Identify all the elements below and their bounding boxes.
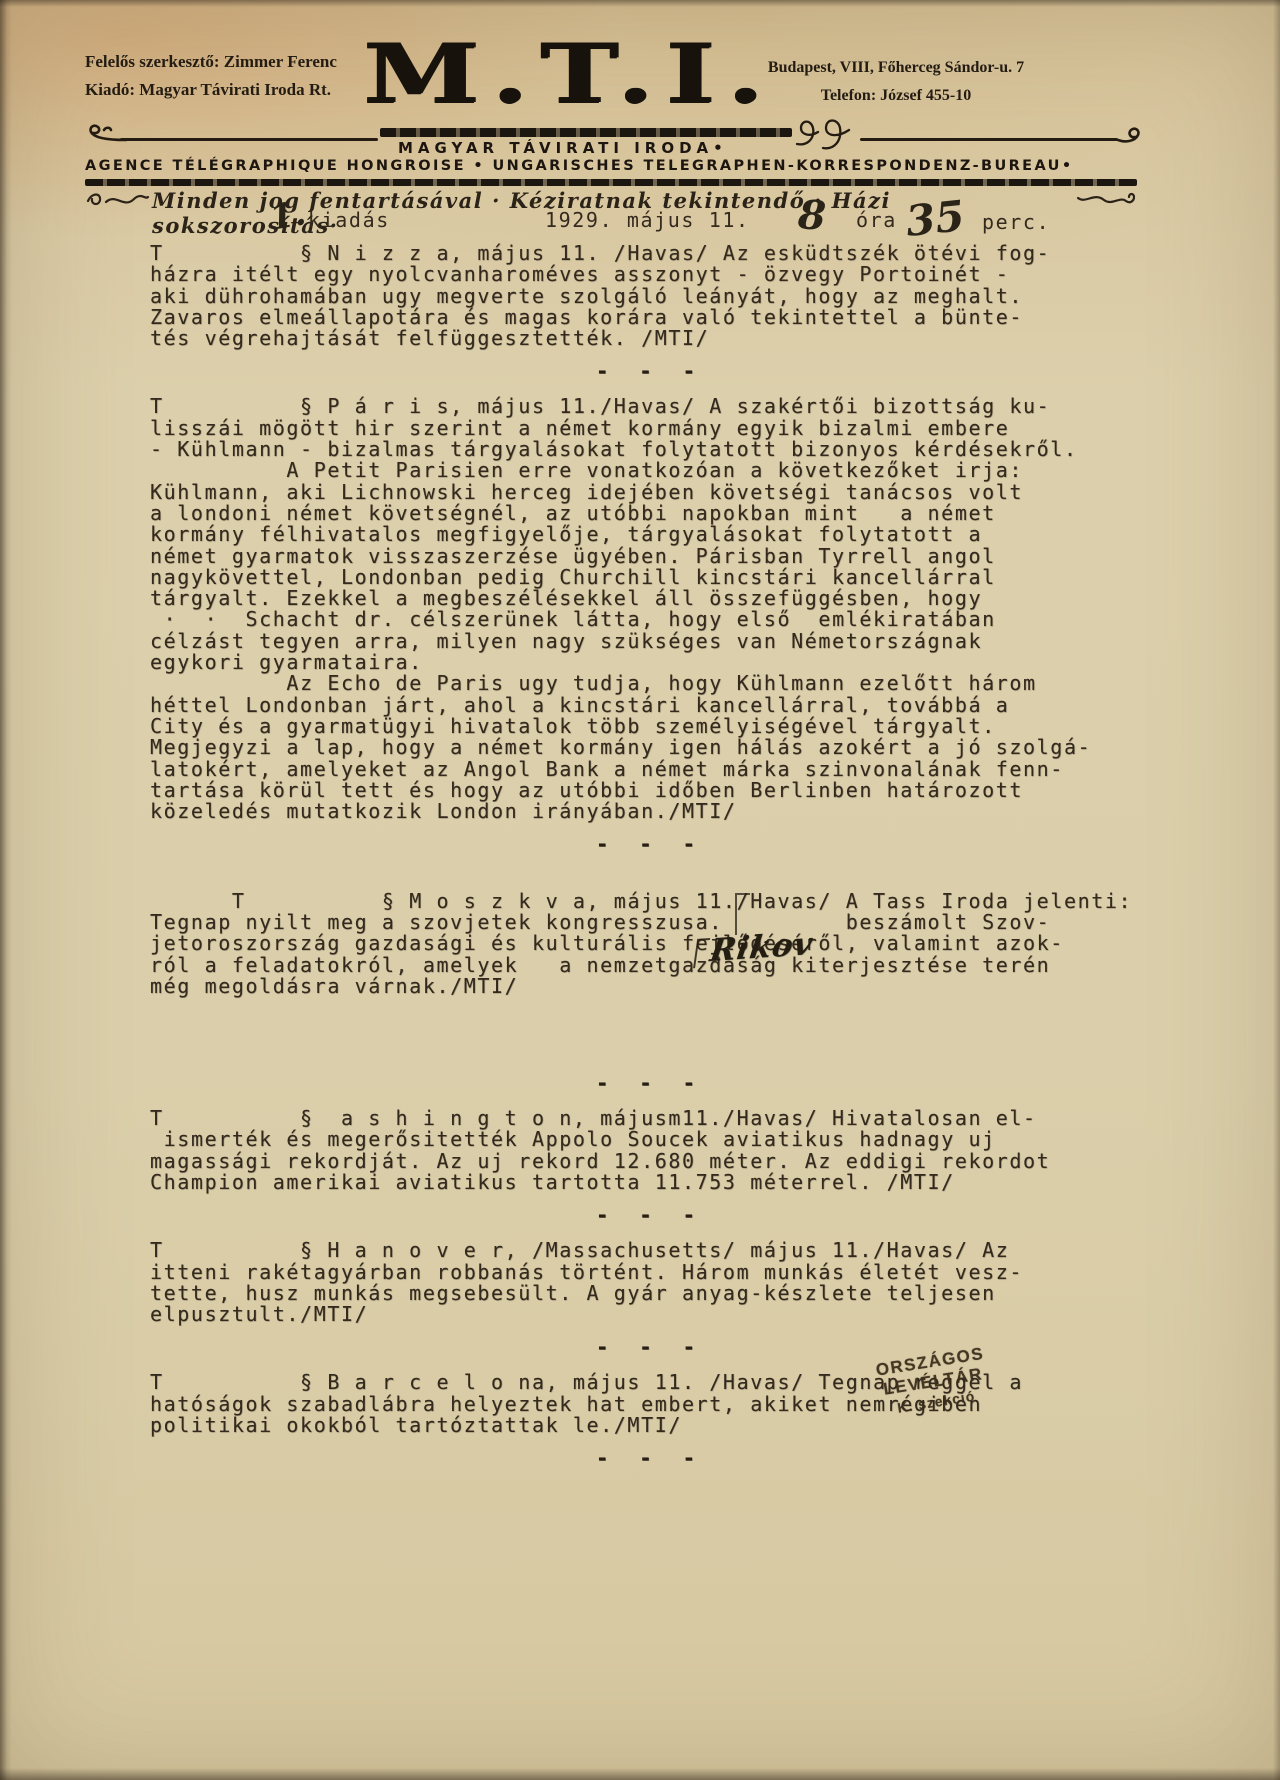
article-paris: T § P á r i s, május 11./Havas/ A szakér… [150, 396, 1150, 822]
letterhead-left: Felelős szerkesztő: Zimmer Ferenc Kiadó:… [85, 48, 337, 104]
article-washington: T § a s h i n g t o n, májusm11./Havas/ … [150, 1108, 1150, 1193]
spiral-ornament-right [1116, 126, 1144, 150]
article-column: T § N i z z a, május 11. /Havas/ Az eskü… [150, 243, 1150, 1483]
hour-label: óra [856, 208, 897, 232]
scan-edge-top [0, 0, 1280, 7]
dateline: 1. kiadás 1929. május 11. 8 óra 35 perc. [150, 200, 1150, 246]
article-hanover: T § H a n o v e r, /Massachusetts/ május… [150, 1240, 1150, 1325]
section-separator: - - - [150, 1071, 1150, 1095]
section-separator: - - - [150, 359, 1150, 383]
banner-rule-right [860, 138, 1118, 141]
agency-name-international: AGENCE TÉLÉGRAPHIQUE HONGROISE • UNGARIS… [85, 158, 1145, 174]
edition-number-handwritten: 1. [267, 193, 309, 239]
phone-line: Telefon: József 455-10 [746, 82, 1046, 110]
document-page: Felelős szerkesztő: Zimmer Ferenc Kiadó:… [0, 0, 1280, 1780]
insertion-bracket-mark [735, 893, 750, 935]
agency-name-hungarian: MAGYAR TÁVIRATI IRODA• [398, 139, 728, 157]
section-separator: - - - [150, 832, 1150, 856]
minute-label: perc. [982, 210, 1050, 234]
article-moszkva-text: T § M o s z k v a, május 11./Havas/ A Ta… [150, 889, 1132, 998]
article-moszkva: T § M o s z k v a, május 11./Havas/ A Ta… [150, 869, 1150, 1061]
section-separator: - - - [150, 1203, 1150, 1227]
letterhead-right: Budapest, VIII, Főherceg Sándor-u. 7 Tel… [746, 54, 1046, 110]
scan-edge-right [1273, 0, 1280, 1780]
scan-edge-bottom [0, 1768, 1280, 1780]
editor-line: Felelős szerkesztő: Zimmer Ferenc [85, 48, 337, 76]
mti-logo: M.T.I. [336, 26, 802, 122]
address-line: Budapest, VIII, Főherceg Sándor-u. 7 [746, 54, 1046, 82]
edition-label: kiadás [308, 208, 390, 232]
banner-rule-left [120, 138, 378, 141]
publisher-line: Kiadó: Magyar Távirati Iroda Rt. [85, 76, 337, 104]
scroll-ornament-middle [793, 116, 855, 152]
scan-edge-left [0, 0, 12, 1780]
hour-handwritten: 8 [797, 191, 827, 239]
scroll-ornament-left [84, 122, 128, 146]
issue-date: 1929. május 11. [545, 208, 750, 232]
banner-bar-bottom [85, 179, 1137, 186]
rights-ornament-left [84, 188, 150, 214]
handwritten-signature: Rikov [693, 931, 815, 969]
minute-handwritten: 35 [904, 191, 967, 246]
article-nizza: T § N i z z a, május 11. /Havas/ Az eskü… [150, 243, 1150, 349]
section-separator: - - - [150, 1446, 1150, 1470]
banner-bar-top [380, 128, 792, 137]
